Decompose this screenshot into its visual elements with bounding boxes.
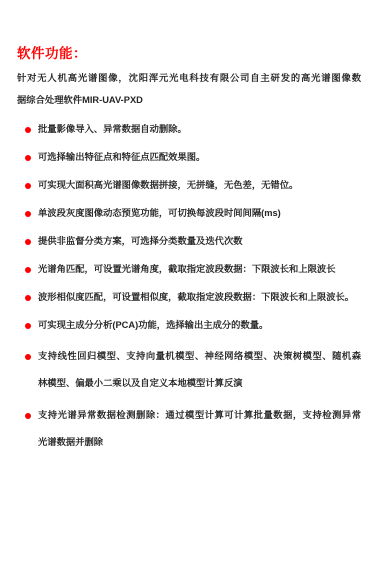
feature-line: 批量影像导入、异常数据自动删除。 — [38, 116, 361, 143]
feature-text: 可实现主成分分析(PCA)功能，选择输出主成分的数量。 — [38, 312, 361, 339]
feature-line: 支持光谱异常数据检测删除：通过模型计算可计算批量数据，支持检测异常 — [38, 402, 361, 429]
feature-line: 可选择输出特征点和特征点匹配效果图。 — [38, 144, 361, 171]
feature-list: 批量影像导入、异常数据自动删除。可选择输出特征点和特征点匹配效果图。可实现大面积… — [17, 116, 361, 456]
feature-line: 波形相似度匹配，可设置相似度，截取指定波段数据：下限波长和上限波长。 — [38, 284, 361, 311]
list-item: 可实现大面积高光谱图像数据拼接，无拼缝，无色差，无错位。 — [17, 172, 361, 199]
feature-line: 可实现主成分分析(PCA)功能，选择输出主成分的数量。 — [38, 312, 361, 339]
bullet-icon — [25, 323, 31, 329]
feature-text: 批量影像导入、异常数据自动删除。 — [38, 116, 361, 143]
bullet-icon — [25, 295, 31, 301]
bullet-icon — [25, 155, 31, 161]
bullet-icon — [25, 354, 31, 360]
feature-text: 波形相似度匹配，可设置相似度，截取指定波段数据：下限波长和上限波长。 — [38, 284, 361, 311]
intro-paragraph: 针对无人机高光谱图像，沈阳浑元光电科技有限公司自主研发的高光谱图像数据综合处理软… — [17, 67, 361, 111]
list-item: 光谱角匹配，可设置光谱角度，截取指定波段数据：下限波长和上限波长 — [17, 256, 361, 283]
list-item: 批量影像导入、异常数据自动删除。 — [17, 116, 361, 143]
feature-text: 提供非监督分类方案，可选择分类数量及迭代次数 — [38, 228, 361, 255]
feature-line: 支持线性回归模型、支持向量机模型、神经网络模型、决策树模型、随机森 — [38, 343, 361, 370]
feature-text: 可实现大面积高光谱图像数据拼接，无拼缝，无色差，无错位。 — [38, 172, 361, 199]
bullet-icon — [25, 127, 31, 133]
feature-text: 光谱角匹配，可设置光谱角度，截取指定波段数据：下限波长和上限波长 — [38, 256, 361, 283]
bullet-icon — [25, 267, 31, 273]
list-item: 提供非监督分类方案，可选择分类数量及迭代次数 — [17, 228, 361, 255]
list-item: 波形相似度匹配，可设置相似度，截取指定波段数据：下限波长和上限波长。 — [17, 284, 361, 311]
bullet-icon — [25, 183, 31, 189]
page-title: 软件功能： — [17, 44, 361, 63]
intro-line: 针对无人机高光谱图像，沈阳浑元光电科技有限公司自主研发的高光谱图像数 — [17, 67, 361, 89]
document-page: 软件功能： 针对无人机高光谱图像，沈阳浑元光电科技有限公司自主研发的高光谱图像数… — [0, 0, 378, 567]
bullet-icon — [25, 239, 31, 245]
feature-line: 光谱数据并删除 — [38, 429, 361, 456]
list-item: 支持光谱异常数据检测删除：通过模型计算可计算批量数据，支持检测异常光谱数据并删除 — [17, 402, 361, 456]
feature-line: 提供非监督分类方案，可选择分类数量及迭代次数 — [38, 228, 361, 255]
feature-line: 林模型、偏最小二乘以及自定义本地模型计算反演 — [38, 370, 361, 397]
feature-text: 单波段灰度图像动态预览功能，可切换每波段时间间隔(ms) — [38, 200, 361, 227]
bullet-icon — [25, 211, 31, 217]
intro-line: 据综合处理软件MIR-UAV-PXD — [17, 89, 361, 111]
list-item: 单波段灰度图像动态预览功能，可切换每波段时间间隔(ms) — [17, 200, 361, 227]
list-item: 可实现主成分分析(PCA)功能，选择输出主成分的数量。 — [17, 312, 361, 339]
feature-text: 可选择输出特征点和特征点匹配效果图。 — [38, 144, 361, 171]
list-item: 可选择输出特征点和特征点匹配效果图。 — [17, 144, 361, 171]
bullet-icon — [25, 413, 31, 419]
feature-line: 单波段灰度图像动态预览功能，可切换每波段时间间隔(ms) — [38, 200, 361, 227]
feature-text: 支持光谱异常数据检测删除：通过模型计算可计算批量数据，支持检测异常光谱数据并删除 — [38, 402, 361, 456]
feature-line: 光谱角匹配，可设置光谱角度，截取指定波段数据：下限波长和上限波长 — [38, 256, 361, 283]
feature-line: 可实现大面积高光谱图像数据拼接，无拼缝，无色差，无错位。 — [38, 172, 361, 199]
feature-text: 支持线性回归模型、支持向量机模型、神经网络模型、决策树模型、随机森林模型、偏最小… — [38, 343, 361, 397]
list-item: 支持线性回归模型、支持向量机模型、神经网络模型、决策树模型、随机森林模型、偏最小… — [17, 343, 361, 397]
